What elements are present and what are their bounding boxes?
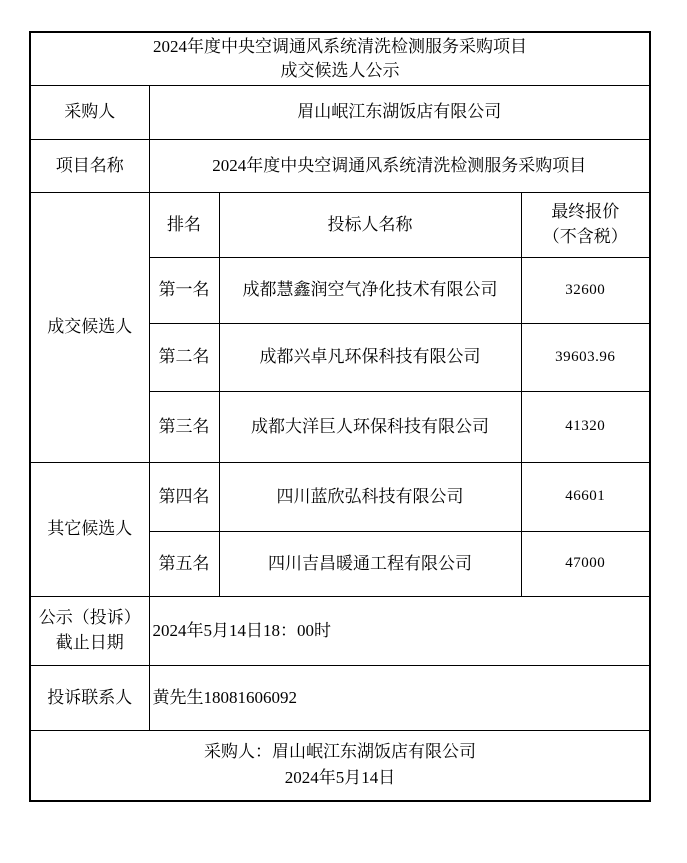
candidate-price: 46601: [521, 463, 650, 532]
final-price-header-line-1: 最终报价: [524, 200, 648, 225]
bidder-name-header: 投标人名称: [219, 193, 521, 258]
candidate-rank: 第四名: [149, 463, 219, 532]
candidate-bidder: 四川吉昌暖通工程有限公司: [219, 532, 521, 597]
candidate-bidder: 成都大洋巨人环保科技有限公司: [219, 392, 521, 463]
complaint-contact-label: 投诉联系人: [30, 666, 149, 731]
candidate-rank: 第一名: [149, 258, 219, 324]
buyer-label: 采购人: [30, 86, 149, 140]
candidate-bidder: 四川蓝欣弘科技有限公司: [219, 463, 521, 532]
candidate-rank: 第二名: [149, 324, 219, 392]
candidate-bidder: 成都兴卓凡环保科技有限公司: [219, 324, 521, 392]
other-candidates-section-label: 其它候选人: [30, 463, 149, 597]
title-line-2: 成交候选人公示: [33, 59, 647, 83]
complaint-contact-value: 黄先生18081606092: [149, 666, 650, 731]
candidate-price: 41320: [521, 392, 650, 463]
signature-block: 采购人：眉山岷江东湖饭店有限公司 2024年5月14日: [30, 731, 650, 801]
buyer-value: 眉山岷江东湖饭店有限公司: [149, 86, 650, 140]
final-price-header: 最终报价 （不含税）: [521, 193, 650, 258]
signature-date-line: 2024年5月14日: [33, 765, 647, 791]
candidate-price: 39603.96: [521, 324, 650, 392]
project-name-value: 2024年度中央空调通风系统清洗检测服务采购项目: [149, 140, 650, 193]
rank-header: 排名: [149, 193, 219, 258]
candidate-row: 其它候选人 第四名 四川蓝欣弘科技有限公司 46601: [30, 463, 650, 532]
winning-candidates-section-label: 成交候选人: [30, 193, 149, 463]
deadline-label: 公示（投诉）截止日期: [30, 597, 149, 666]
candidate-bidder: 成都慧鑫润空气净化技术有限公司: [219, 258, 521, 324]
signature-buyer-line: 采购人：眉山岷江东湖饭店有限公司: [33, 739, 647, 765]
candidate-price: 47000: [521, 532, 650, 597]
candidate-rank: 第三名: [149, 392, 219, 463]
announcement-table: 2024年度中央空调通风系统清洗检测服务采购项目 成交候选人公示 采购人 眉山岷…: [29, 31, 651, 802]
deadline-value: 2024年5月14日18：00时: [149, 597, 650, 666]
title-line-1: 2024年度中央空调通风系统清洗检测服务采购项目: [33, 35, 647, 59]
project-name-label: 项目名称: [30, 140, 149, 193]
final-price-header-line-2: （不含税）: [524, 225, 648, 250]
candidate-rank: 第五名: [149, 532, 219, 597]
candidate-price: 32600: [521, 258, 650, 324]
announcement-title: 2024年度中央空调通风系统清洗检测服务采购项目 成交候选人公示: [30, 32, 650, 86]
